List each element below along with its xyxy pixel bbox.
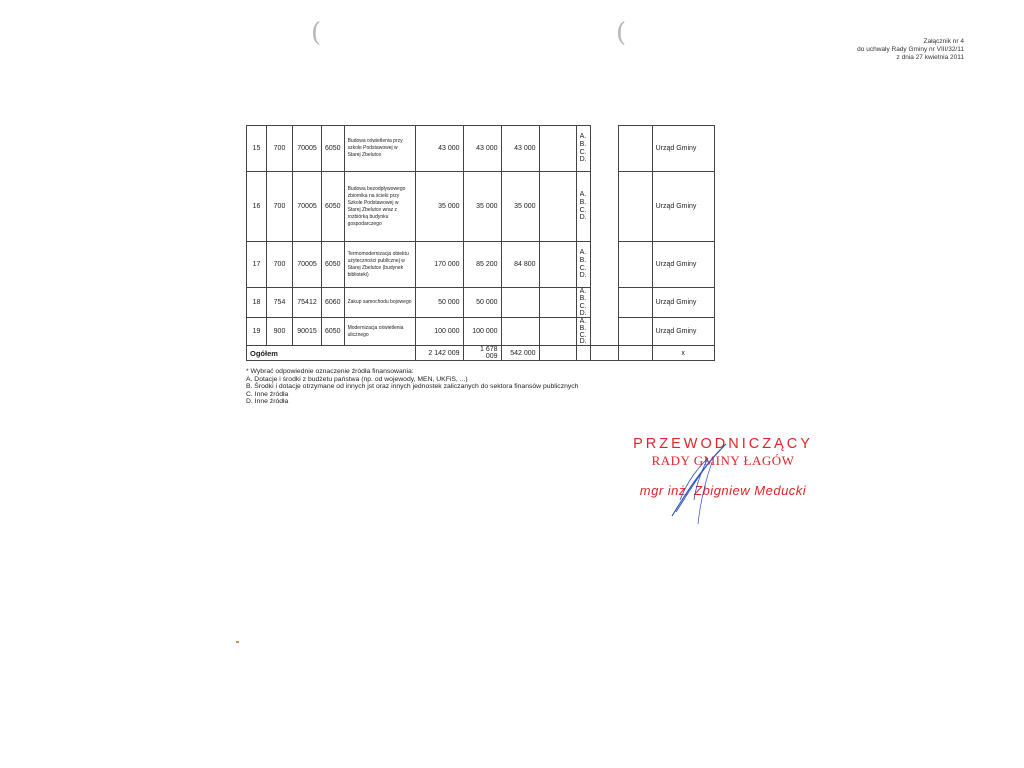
empty-cell <box>618 172 652 242</box>
table-row: 17700700056050Termomodernizacja obiektu … <box>247 242 715 288</box>
year-amount: 50 000 <box>463 288 501 318</box>
funding-source-letter: A. <box>580 133 587 141</box>
section-code: 900 <box>267 318 293 346</box>
empty-cell <box>539 288 576 318</box>
funding-source-letter: B. <box>580 199 587 207</box>
chapter-code: 90015 <box>293 318 322 346</box>
empty-cell <box>618 126 652 172</box>
table-row: 19900900156050Modernizacja oświetlenia u… <box>247 318 715 346</box>
chapter-code: 70005 <box>293 126 322 172</box>
funding-source-options: A.B.C.D. <box>576 172 590 242</box>
table-row: 15700700056050Budowa oświetlenia przy sz… <box>247 126 715 172</box>
funding-source-letter: D. <box>580 310 587 317</box>
total-cost: 170 000 <box>415 242 463 288</box>
responsible-unit: Urząd Gminy <box>652 288 714 318</box>
total-cost: 35 000 <box>415 172 463 242</box>
total-cell-empty <box>618 346 652 361</box>
paragraph-code: 6060 <box>322 288 345 318</box>
funding-source-options: A.B.C.D. <box>576 242 590 288</box>
empty-cell <box>590 288 618 318</box>
funding-source-letter: B. <box>580 295 587 302</box>
section-code: 754 <box>267 288 293 318</box>
punch-hole-mark: ( <box>311 18 321 48</box>
funding-source-letter: A. <box>580 318 587 325</box>
total-cell-empty <box>576 346 590 361</box>
empty-cell <box>590 242 618 288</box>
punch-hole-mark: ( <box>616 18 626 48</box>
expenses-amount <box>501 318 539 346</box>
empty-cell <box>539 126 576 172</box>
empty-cell <box>618 318 652 346</box>
table-row: 18754754126060Zakup samochodu bojowego50… <box>247 288 715 318</box>
total-year: 1 678 009 <box>463 346 501 361</box>
year-amount: 43 000 <box>463 126 501 172</box>
footnote-item-d: D. Inne źródła <box>246 398 578 406</box>
funding-source-letter: C. <box>580 149 587 157</box>
attachment-header: Załącznik nr 4 do uchwały Rady Gminy nr … <box>857 38 964 62</box>
task-name: Modernizacja oświetlenia ulicznego <box>344 318 415 346</box>
row-number: 18 <box>247 288 267 318</box>
funding-source-letter: C. <box>580 332 587 339</box>
funding-source-letter: C. <box>580 303 587 310</box>
empty-cell <box>539 318 576 346</box>
empty-cell <box>590 318 618 346</box>
section-code: 700 <box>267 172 293 242</box>
task-name: Budowa oświetlenia przy szkole Podstawow… <box>344 126 415 172</box>
paragraph-code: 6050 <box>322 126 345 172</box>
chapter-code: 75412 <box>293 288 322 318</box>
total-expenses: 542 000 <box>501 346 539 361</box>
total-label: Ogółem <box>247 346 416 361</box>
total-cell-empty <box>539 346 576 361</box>
funding-source-options: A.B.C.D. <box>576 318 590 346</box>
expenses-amount: 35 000 <box>501 172 539 242</box>
funding-source-options: A.B.C.D. <box>576 288 590 318</box>
responsible-unit: Urząd Gminy <box>652 126 714 172</box>
total-unit: x <box>652 346 714 361</box>
funding-source-letter: C. <box>580 207 587 215</box>
total-amount: 2 142 009 <box>415 346 463 361</box>
task-name: Budowa bezodpływowego zbiornika na ściek… <box>344 172 415 242</box>
row-number: 19 <box>247 318 267 346</box>
funding-source-letter: D. <box>580 214 587 222</box>
funding-source-options: A.B.C.D. <box>576 126 590 172</box>
empty-cell <box>539 242 576 288</box>
resolution-date: z dnia 27 kwietnia 2011 <box>857 54 964 62</box>
task-name: Zakup samochodu bojowego <box>344 288 415 318</box>
funding-source-letter: B. <box>580 325 587 332</box>
empty-cell <box>590 172 618 242</box>
total-cost: 50 000 <box>415 288 463 318</box>
footnote-item-c: C. Inne źródła <box>246 391 578 399</box>
total-cell-empty <box>590 346 618 361</box>
row-number: 16 <box>247 172 267 242</box>
funding-source-letter: D. <box>580 272 587 280</box>
funding-source-letter: A. <box>580 249 587 257</box>
funding-source-letter: A. <box>580 288 587 295</box>
funding-source-letter: D. <box>580 338 587 345</box>
empty-cell <box>618 242 652 288</box>
total-cost: 100 000 <box>415 318 463 346</box>
footnote-title: * Wybrać odpowiednie oznaczenie źródła f… <box>246 368 578 376</box>
year-amount: 85 200 <box>463 242 501 288</box>
total-cost: 43 000 <box>415 126 463 172</box>
responsible-unit: Urząd Gminy <box>652 318 714 346</box>
responsible-unit: Urząd Gminy <box>652 242 714 288</box>
table-row: 16700700056050Budowa bezodpływowego zbio… <box>247 172 715 242</box>
task-name: Termomodernizacja obiektu użyteczności p… <box>344 242 415 288</box>
section-code: 700 <box>267 126 293 172</box>
resolution-reference: do uchwały Rady Gminy nr VIII/32/11 <box>857 46 964 54</box>
footnote: * Wybrać odpowiednie oznaczenie źródła f… <box>246 368 578 406</box>
attachment-number: Załącznik nr 4 <box>857 38 964 46</box>
scan-speck <box>236 641 239 643</box>
funding-source-letter: D. <box>580 156 587 164</box>
total-row: Ogółem 2 142 009 1 678 009 542 000 x <box>247 346 715 361</box>
funding-source-letter: B. <box>580 257 587 265</box>
investment-table: 15700700056050Budowa oświetlenia przy sz… <box>246 125 715 361</box>
expenses-amount: 84 800 <box>501 242 539 288</box>
paragraph-code: 6050 <box>322 242 345 288</box>
year-amount: 35 000 <box>463 172 501 242</box>
paragraph-code: 6050 <box>322 172 345 242</box>
empty-cell <box>590 126 618 172</box>
section-code: 700 <box>267 242 293 288</box>
funding-source-letter: B. <box>580 141 587 149</box>
year-amount: 100 000 <box>463 318 501 346</box>
row-number: 17 <box>247 242 267 288</box>
handwritten-signature <box>660 440 740 530</box>
chapter-code: 70005 <box>293 172 322 242</box>
chapter-code: 70005 <box>293 242 322 288</box>
empty-cell <box>539 172 576 242</box>
funding-source-letter: A. <box>580 191 587 199</box>
responsible-unit: Urząd Gminy <box>652 172 714 242</box>
row-number: 15 <box>247 126 267 172</box>
expenses-amount <box>501 288 539 318</box>
funding-source-letter: C. <box>580 265 587 273</box>
empty-cell <box>618 288 652 318</box>
expenses-amount: 43 000 <box>501 126 539 172</box>
paragraph-code: 6050 <box>322 318 345 346</box>
footnote-item-b: B. Środki i dotacje otrzymane od innych … <box>246 383 578 391</box>
